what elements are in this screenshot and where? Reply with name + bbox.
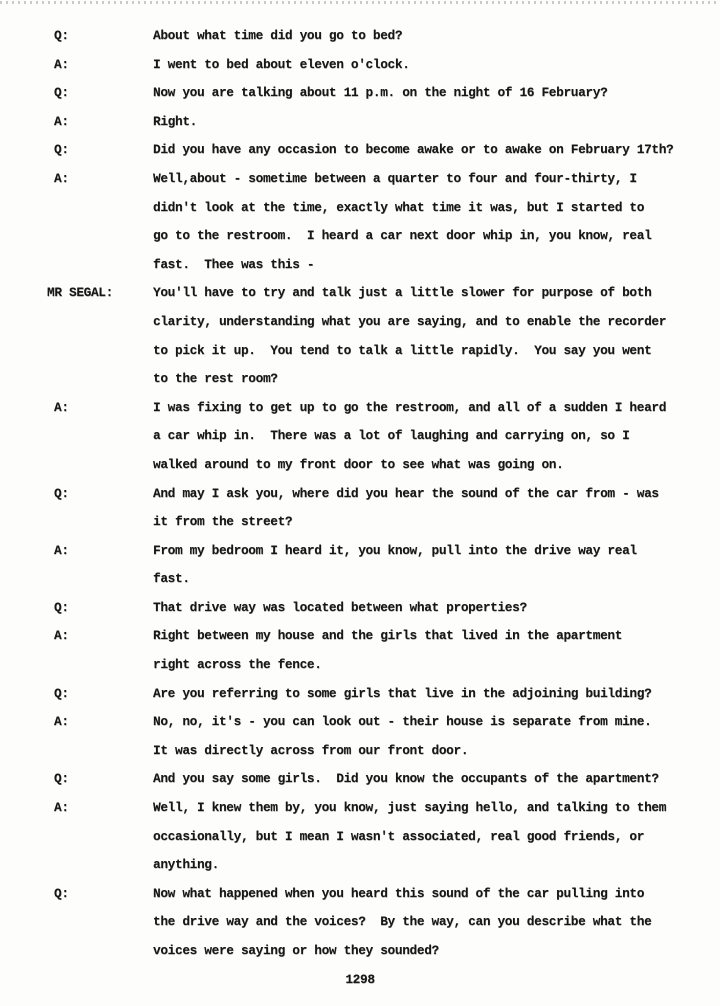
text-line: go to the restroom. I heard a car next d…: [153, 222, 720, 251]
text-line: to pick it up. You tend to talk a little…: [153, 337, 720, 366]
text-line: Did you have any occasion to become awak…: [153, 136, 720, 165]
text-line: Right.: [153, 108, 720, 137]
entry-lines: Right.: [153, 108, 720, 137]
text-line: About what time did you go to bed?: [153, 22, 720, 51]
text-line: occasionally, but I mean I wasn't associ…: [153, 823, 720, 852]
entry-lines: About what time did you go to bed?: [153, 22, 720, 51]
transcript-entry: A: I went to bed about eleven o'clock.: [0, 51, 720, 80]
speaker-label: A:: [47, 394, 153, 423]
speaker-label: Q:: [47, 22, 153, 51]
text-line: anything.: [153, 851, 720, 880]
text-line: Well, I knew them by, you know, just say…: [153, 794, 720, 823]
text-line: I was fixing to get up to go the restroo…: [153, 394, 720, 423]
entry-lines: That drive way was located between what …: [153, 594, 720, 623]
entry-lines: Now you are talking about 11 p.m. on the…: [153, 79, 720, 108]
entry-lines: You'll have to try and talk just a littl…: [153, 279, 720, 393]
transcript-entry: Q: That drive way was located between wh…: [0, 594, 720, 623]
entry-lines: Right between my house and the girls tha…: [153, 622, 720, 679]
entry-lines: From my bedroom I heard it, you know, pu…: [153, 537, 720, 594]
text-line: voices were saying or how they sounded?: [153, 937, 720, 966]
text-line: Now what happened when you heard this so…: [153, 880, 720, 909]
entry-lines: No, no, it's - you can look out - their …: [153, 708, 720, 765]
entry-lines: Are you referring to some girls that liv…: [153, 680, 720, 709]
transcript-entry: Q: Are you referring to some girls that …: [0, 680, 720, 709]
text-line: I went to bed about eleven o'clock.: [153, 51, 720, 80]
speaker-label: A:: [47, 708, 153, 737]
text-line: No, no, it's - you can look out - their …: [153, 708, 720, 737]
text-line: From my bedroom I heard it, you know, pu…: [153, 537, 720, 566]
transcript-entry: Q: And may I ask you, where did you hear…: [0, 480, 720, 537]
speaker-label: Q:: [47, 136, 153, 165]
text-line: Right between my house and the girls tha…: [153, 622, 720, 651]
text-line: fast. Thee was this -: [153, 251, 720, 280]
text-line: to the rest room?: [153, 365, 720, 394]
text-line: it from the street?: [153, 508, 720, 537]
transcript-entry: A: No, no, it's - you can look out - the…: [0, 708, 720, 765]
text-line: right across the fence.: [153, 651, 720, 680]
entry-lines: Well, I knew them by, you know, just say…: [153, 794, 720, 880]
speaker-label: A:: [47, 622, 153, 651]
transcript-entry: Q: And you say some girls. Did you know …: [0, 765, 720, 794]
text-line: Now you are talking about 11 p.m. on the…: [153, 79, 720, 108]
transcript-entry: A: I was fixing to get up to go the rest…: [0, 394, 720, 480]
speaker-label: A:: [47, 537, 153, 566]
transcript-entry: A: Well,about - sometime between a quart…: [0, 165, 720, 279]
text-line: the drive way and the voices? By the way…: [153, 908, 720, 937]
transcript-entry: A: Right.: [0, 108, 720, 137]
speaker-label: A:: [47, 108, 153, 137]
entry-lines: And you say some girls. Did you know the…: [153, 765, 720, 794]
speaker-label: A:: [47, 794, 153, 823]
speaker-label: A:: [47, 51, 153, 80]
transcript-entry: Q: Now what happened when you heard this…: [0, 880, 720, 966]
speaker-label: Q:: [47, 880, 153, 909]
entry-lines: Well,about - sometime between a quarter …: [153, 165, 720, 279]
entry-lines: I was fixing to get up to go the restroo…: [153, 394, 720, 480]
text-line: You'll have to try and talk just a littl…: [153, 279, 720, 308]
transcript-entry: A: Right between my house and the girls …: [0, 622, 720, 679]
page-number: 1298: [0, 966, 720, 995]
text-line: Are you referring to some girls that liv…: [153, 680, 720, 709]
text-line: And you say some girls. Did you know the…: [153, 765, 720, 794]
document-page: Q: About what time did you go to bed? A:…: [0, 0, 720, 1006]
text-line: walked around to my front door to see wh…: [153, 451, 720, 480]
speaker-label: MR SEGAL:: [47, 279, 153, 308]
text-line: clarity, understanding what you are sayi…: [153, 308, 720, 337]
transcript-entry: A: Well, I knew them by, you know, just …: [0, 794, 720, 880]
transcript-entry: Q: Now you are talking about 11 p.m. on …: [0, 79, 720, 108]
text-line: Well,about - sometime between a quarter …: [153, 165, 720, 194]
speaker-label: Q:: [47, 79, 153, 108]
entry-lines: Now what happened when you heard this so…: [153, 880, 720, 966]
scan-artifact-top-edge: [0, 1, 720, 4]
text-line: That drive way was located between what …: [153, 594, 720, 623]
transcript-body: Q: About what time did you go to bed? A:…: [0, 22, 720, 966]
text-line: fast.: [153, 565, 720, 594]
text-line: a car whip in. There was a lot of laughi…: [153, 422, 720, 451]
text-line: And may I ask you, where did you hear th…: [153, 480, 720, 509]
speaker-label: Q:: [47, 680, 153, 709]
text-line: didn't look at the time, exactly what ti…: [153, 194, 720, 223]
entry-lines: Did you have any occasion to become awak…: [153, 136, 720, 165]
entry-lines: And may I ask you, where did you hear th…: [153, 480, 720, 537]
transcript-entry: Q: About what time did you go to bed?: [0, 22, 720, 51]
transcript-entry: A: From my bedroom I heard it, you know,…: [0, 537, 720, 594]
speaker-label: Q:: [47, 765, 153, 794]
transcript-entry: MR SEGAL: You'll have to try and talk ju…: [0, 279, 720, 393]
speaker-label: Q:: [47, 594, 153, 623]
speaker-label: Q:: [47, 480, 153, 509]
entry-lines: I went to bed about eleven o'clock.: [153, 51, 720, 80]
transcript-entry: Q: Did you have any occasion to become a…: [0, 136, 720, 165]
speaker-label: A:: [47, 165, 153, 194]
text-line: It was directly across from our front do…: [153, 737, 720, 766]
